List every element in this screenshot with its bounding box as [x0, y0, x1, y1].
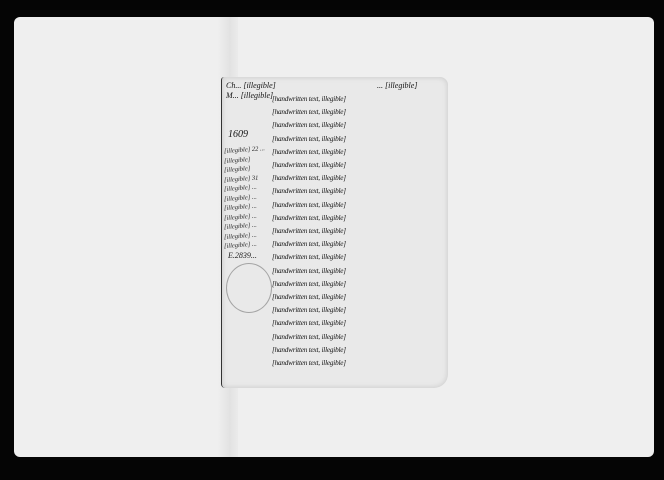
text-line: [handwritten text, illegible]	[272, 344, 444, 357]
header-right: ... [illegible]	[377, 81, 417, 90]
text-line: [handwritten text, illegible]	[272, 159, 444, 172]
year-annotation: 1609	[228, 129, 248, 140]
text-line: [handwritten text, illegible]	[272, 265, 444, 278]
text-line: [handwritten text, illegible]	[272, 238, 444, 251]
margin-note: [illegible] ...	[224, 239, 266, 251]
text-line: [handwritten text, illegible]	[272, 106, 444, 119]
manuscript-page: Ch... [illegible] M... [illegible] ... […	[221, 77, 448, 388]
text-line: [handwritten text, illegible]	[272, 133, 444, 146]
text-line: [handwritten text, illegible]	[272, 278, 444, 291]
text-line: [handwritten text, illegible]	[272, 357, 444, 370]
header-left-line-1: Ch... [illegible]	[226, 81, 276, 91]
text-line: [handwritten text, illegible]	[272, 119, 444, 132]
text-line: [handwritten text, illegible]	[272, 317, 444, 330]
margin-reference-number: E.2839...	[228, 251, 257, 260]
archive-stamp-icon	[226, 263, 272, 313]
text-line: [handwritten text, illegible]	[272, 172, 444, 185]
header-left: Ch... [illegible] M... [illegible]	[226, 81, 276, 101]
manuscript-body: [handwritten text, illegible] [handwritt…	[272, 93, 444, 370]
text-line: [handwritten text, illegible]	[272, 185, 444, 198]
text-line: [handwritten text, illegible]	[272, 199, 444, 212]
text-line: [handwritten text, illegible]	[272, 291, 444, 304]
text-line: [handwritten text, illegible]	[272, 225, 444, 238]
text-line: [handwritten text, illegible]	[272, 304, 444, 317]
text-line: [handwritten text, illegible]	[272, 146, 444, 159]
text-line: [handwritten text, illegible]	[272, 93, 444, 106]
text-line: [handwritten text, illegible]	[272, 251, 444, 264]
margin-notes: [illegible] 22 ... [illegible] [illegibl…	[224, 147, 265, 252]
header-left-line-2: M... [illegible]	[226, 91, 276, 101]
text-line: [handwritten text, illegible]	[272, 212, 444, 225]
text-line: [handwritten text, illegible]	[272, 331, 444, 344]
